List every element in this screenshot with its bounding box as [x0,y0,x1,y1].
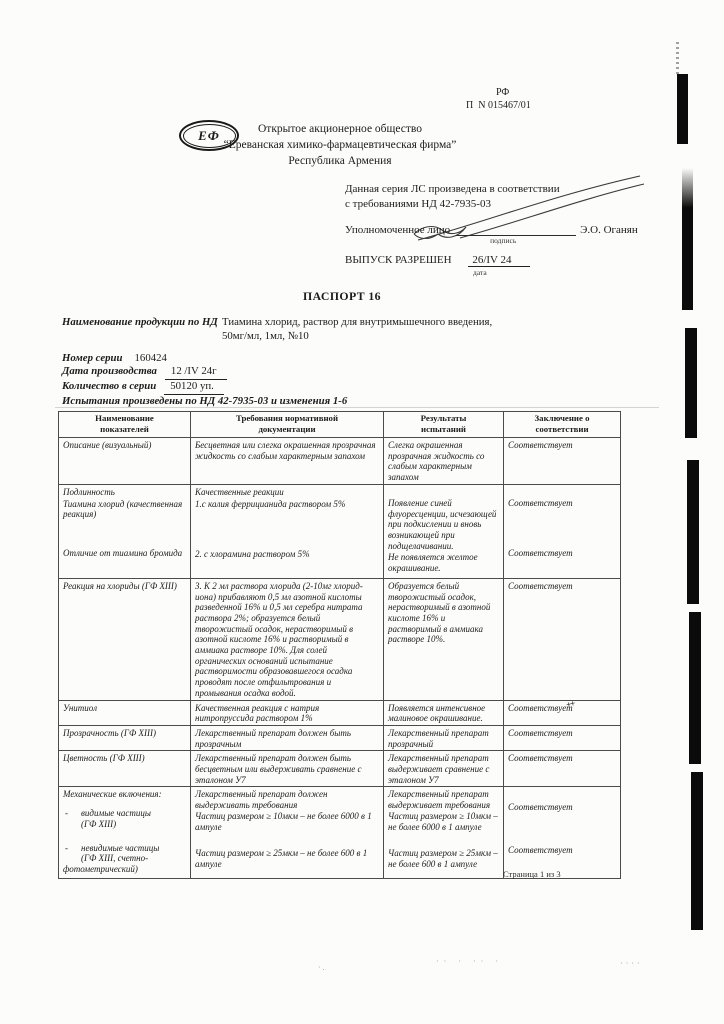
series-label: Номер серии [62,352,123,366]
conformity-line-1: Данная серия ЛС произведена в соответств… [345,182,560,197]
mech-sub1-name: видимые частицы [81,808,151,819]
cell-requirement: Лекарственный препарат должен выдерживат… [191,787,384,879]
identity-conclusion: Соответствует [508,498,616,509]
release-label: ВЫПУСК РАЗРЕШЕН [345,254,452,266]
mech-conclusion-1: Соответствует [508,802,616,813]
cell-name: Подлинность Тиамина хлорид (качественная… [59,484,191,578]
company-name: “Ереванская химико-фармацевтическая фирм… [150,137,530,153]
company-header: Открытое акционерное общество “Ереванска… [150,121,530,169]
cell-requirement: Бесцветная или слегка окрашенная прозрач… [191,438,384,485]
mech-res1: Частиц размером ≥ 10мкм – не более 6000 … [388,811,499,832]
scan-bar [685,328,697,438]
table-row-unithiol: Унитиол Качественная реакция с натрия ни… [59,700,621,725]
dash: - [63,843,81,854]
cell-conclusion: Соответствует [504,700,621,725]
table-row-identity: Подлинность Тиамина хлорид (качественная… [59,484,621,578]
identity-req-head: Качественные реакции [195,487,379,498]
cell-name: Описание (визуальный) [59,438,191,485]
release-row: ВЫПУСК РАЗРЕШЕН 26/IV 24 дата [345,254,530,266]
prod-date-value: 12 /IV 24г [165,365,227,380]
cell-conclusion: Соответствует [504,438,621,485]
bromide-name: Отличие от тиамина бромида [63,548,186,559]
release-date: 26/IV 24 [468,254,529,267]
scan-line [55,407,659,408]
company-type: Открытое акционерное общество [150,121,530,137]
mech-req-head: Лекарственный препарат должен выдерживат… [195,789,379,810]
scan-bar [677,74,688,144]
col-header-name: Наименованиепоказателей [59,412,191,438]
conformity-statement: Данная серия ЛС произведена в соответств… [345,182,560,212]
signature-line: подпись [456,222,576,236]
signature-caption: подпись [490,236,516,245]
reg-country: РФ [496,87,509,98]
date-caption: дата [473,268,487,277]
identity-name-sub: Тиамина хлорид (качественная реакция) [63,499,186,520]
product-name-line1: Тиамина хлорид, раствор для внутримышечн… [222,316,492,330]
cell-requirement: Лекарственный препарат должен быть бесцв… [191,751,384,787]
mech-res-head: Лекарственный препарат выдерживает требо… [388,789,499,810]
scan-bar [689,612,701,764]
cell-requirement: Качественные реакции 1.с калия феррициан… [191,484,384,578]
mech-sub2-name: невидимые частицы [81,843,159,854]
authorized-name: Э.О. Оганян [580,224,638,236]
identity-req-sub: 1.с калия феррицианида раствором 5% [195,499,379,510]
table-row-transparency: Прозрачность (ГФ XIII) Лекарственный пре… [59,725,621,750]
col-header-requirements: Требования нормативнойдокументации [191,412,384,438]
scan-noise: ···· [620,959,643,968]
cell-result: Слегка окрашенная прозрачная жидкость со… [384,438,504,485]
mech-sub1: - видимые частицы [63,808,186,819]
cell-result: Лекарственный препарат прозрачный [384,725,504,750]
quantity-value: 50120 уп. [164,380,224,395]
cell-result: Появляется интенсивное малиновое окрашив… [384,700,504,725]
cell-name: Цветность (ГФ XIII) [59,751,191,787]
cell-name: Механические включения: - видимые частиц… [59,787,191,879]
authorized-label: Уполномоченное лицо [345,224,450,236]
spec-table: Наименованиепоказателей Требования норма… [58,411,621,879]
cell-conclusion: Соответствует Соответствует [504,787,621,879]
cell-requirement: Качественная реакция с натрия нитропрусс… [191,700,384,725]
bromide-req: 2. с хлорамина раствором 5% [195,549,379,560]
scan-speckle [676,42,679,76]
mech-res2: Частиц размером ≥ 25мкм – не более 600 в… [388,848,499,869]
scan-bar [691,772,703,930]
mech-req1: Частиц размером ≥ 10мкм – не более 6000 … [195,811,379,832]
cell-conclusion: Соответствует [504,751,621,787]
table-row-chlorides: Реакция на хлориды (ГФ XIII) 3. К 2 мл р… [59,578,621,700]
table-header-row: Наименованиепоказателей Требования норма… [59,412,621,438]
scan-noise: ·· · ·· · [436,957,503,966]
table-row-color: Цветность (ГФ XIII) Лекарственный препар… [59,751,621,787]
col-header-conclusion: Заключение осоответствии [504,412,621,438]
bromide-conclusion: Соответствует [508,548,616,559]
cell-requirement: Лекарственный препарат должен быть прозр… [191,725,384,750]
identity-name-head: Подлинность [63,487,186,498]
bromide-result: Не появляется желтое окрашивание. [388,552,499,573]
table-row-mechanical: Механические включения: - видимые частиц… [59,787,621,879]
quantity-label: Количество в серии [62,380,156,395]
cell-result: Появление синей флуоресценции, исчезающе… [384,484,504,578]
product-name: Тиамина хлорид, раствор для внутримышечн… [222,316,492,344]
mech-conclusion-2: Соответствует [508,845,616,856]
cell-requirement: 3. К 2 мл раствора хлорида (2-10мг хлори… [191,578,384,700]
conformity-line-2: с требованиями НД 42-7935-03 [345,197,560,212]
product-meta: Наименование продукции по НД Тиамина хло… [62,316,622,409]
cell-result: Лекарственный препарат выдерживает сравн… [384,751,504,787]
passport-title: ПАСПОРТ 16 [0,289,684,304]
authorization-row: Уполномоченное лицо подпись Э.О. Оганян [345,222,638,236]
cell-name: Реакция на хлориды (ГФ XIII) [59,578,191,700]
cell-result: Лекарственный препарат выдерживает требо… [384,787,504,879]
mech-sub2-ref2: фотометрический) [63,864,186,875]
table-row-description: Описание (визуальный) Бесцветная или сле… [59,438,621,485]
product-name-row: Наименование продукции по НД Тиамина хло… [62,316,622,344]
cell-name: Прозрачность (ГФ XIII) [59,725,191,750]
cell-name: Унитиол [59,700,191,725]
company-country: Республика Армения [150,153,530,169]
col-header-results: Результатыиспытаний [384,412,504,438]
prod-date-label: Дата производства [62,365,157,380]
identity-result: Появление синей флуоресценции, исчезающе… [388,498,499,552]
quantity-row: Количество в серии 50120 уп. [62,380,622,395]
mech-sub2-ref: (ГФ XIII, счетно- [63,853,186,864]
series-value: 160424 [135,352,167,366]
mech-name-head: Механические включения: [63,789,186,800]
cell-conclusion: Соответствует [504,725,621,750]
scan-noise: ·. [318,963,327,972]
scanned-document-page: РФ П N 015467/01 ЕФ Открытое акционерное… [0,0,724,1024]
cell-conclusion: Соответствует Соответствует [504,484,621,578]
cell-conclusion: Соответствует [504,578,621,700]
page-number: Страница 1 из 3 [503,869,561,879]
series-row: Номер серии 160424 [62,352,622,366]
scan-bar [687,460,699,604]
product-name-line2: 50мг/мл, 1мл, №10 [222,330,492,344]
dash: - [63,808,81,819]
product-label: Наименование продукции по НД [62,316,222,344]
prod-date-row: Дата производства 12 /IV 24г [62,365,622,380]
mech-sub2: - невидимые частицы [63,843,186,854]
mech-sub1-ref: (ГФ XIII) [63,819,186,830]
mech-req2: Частиц размером ≥ 25мкм – не более 600 в… [195,848,379,869]
cell-result: Образуется белый творожистый осадок, нер… [384,578,504,700]
reg-number: П N 015467/01 [466,100,531,111]
